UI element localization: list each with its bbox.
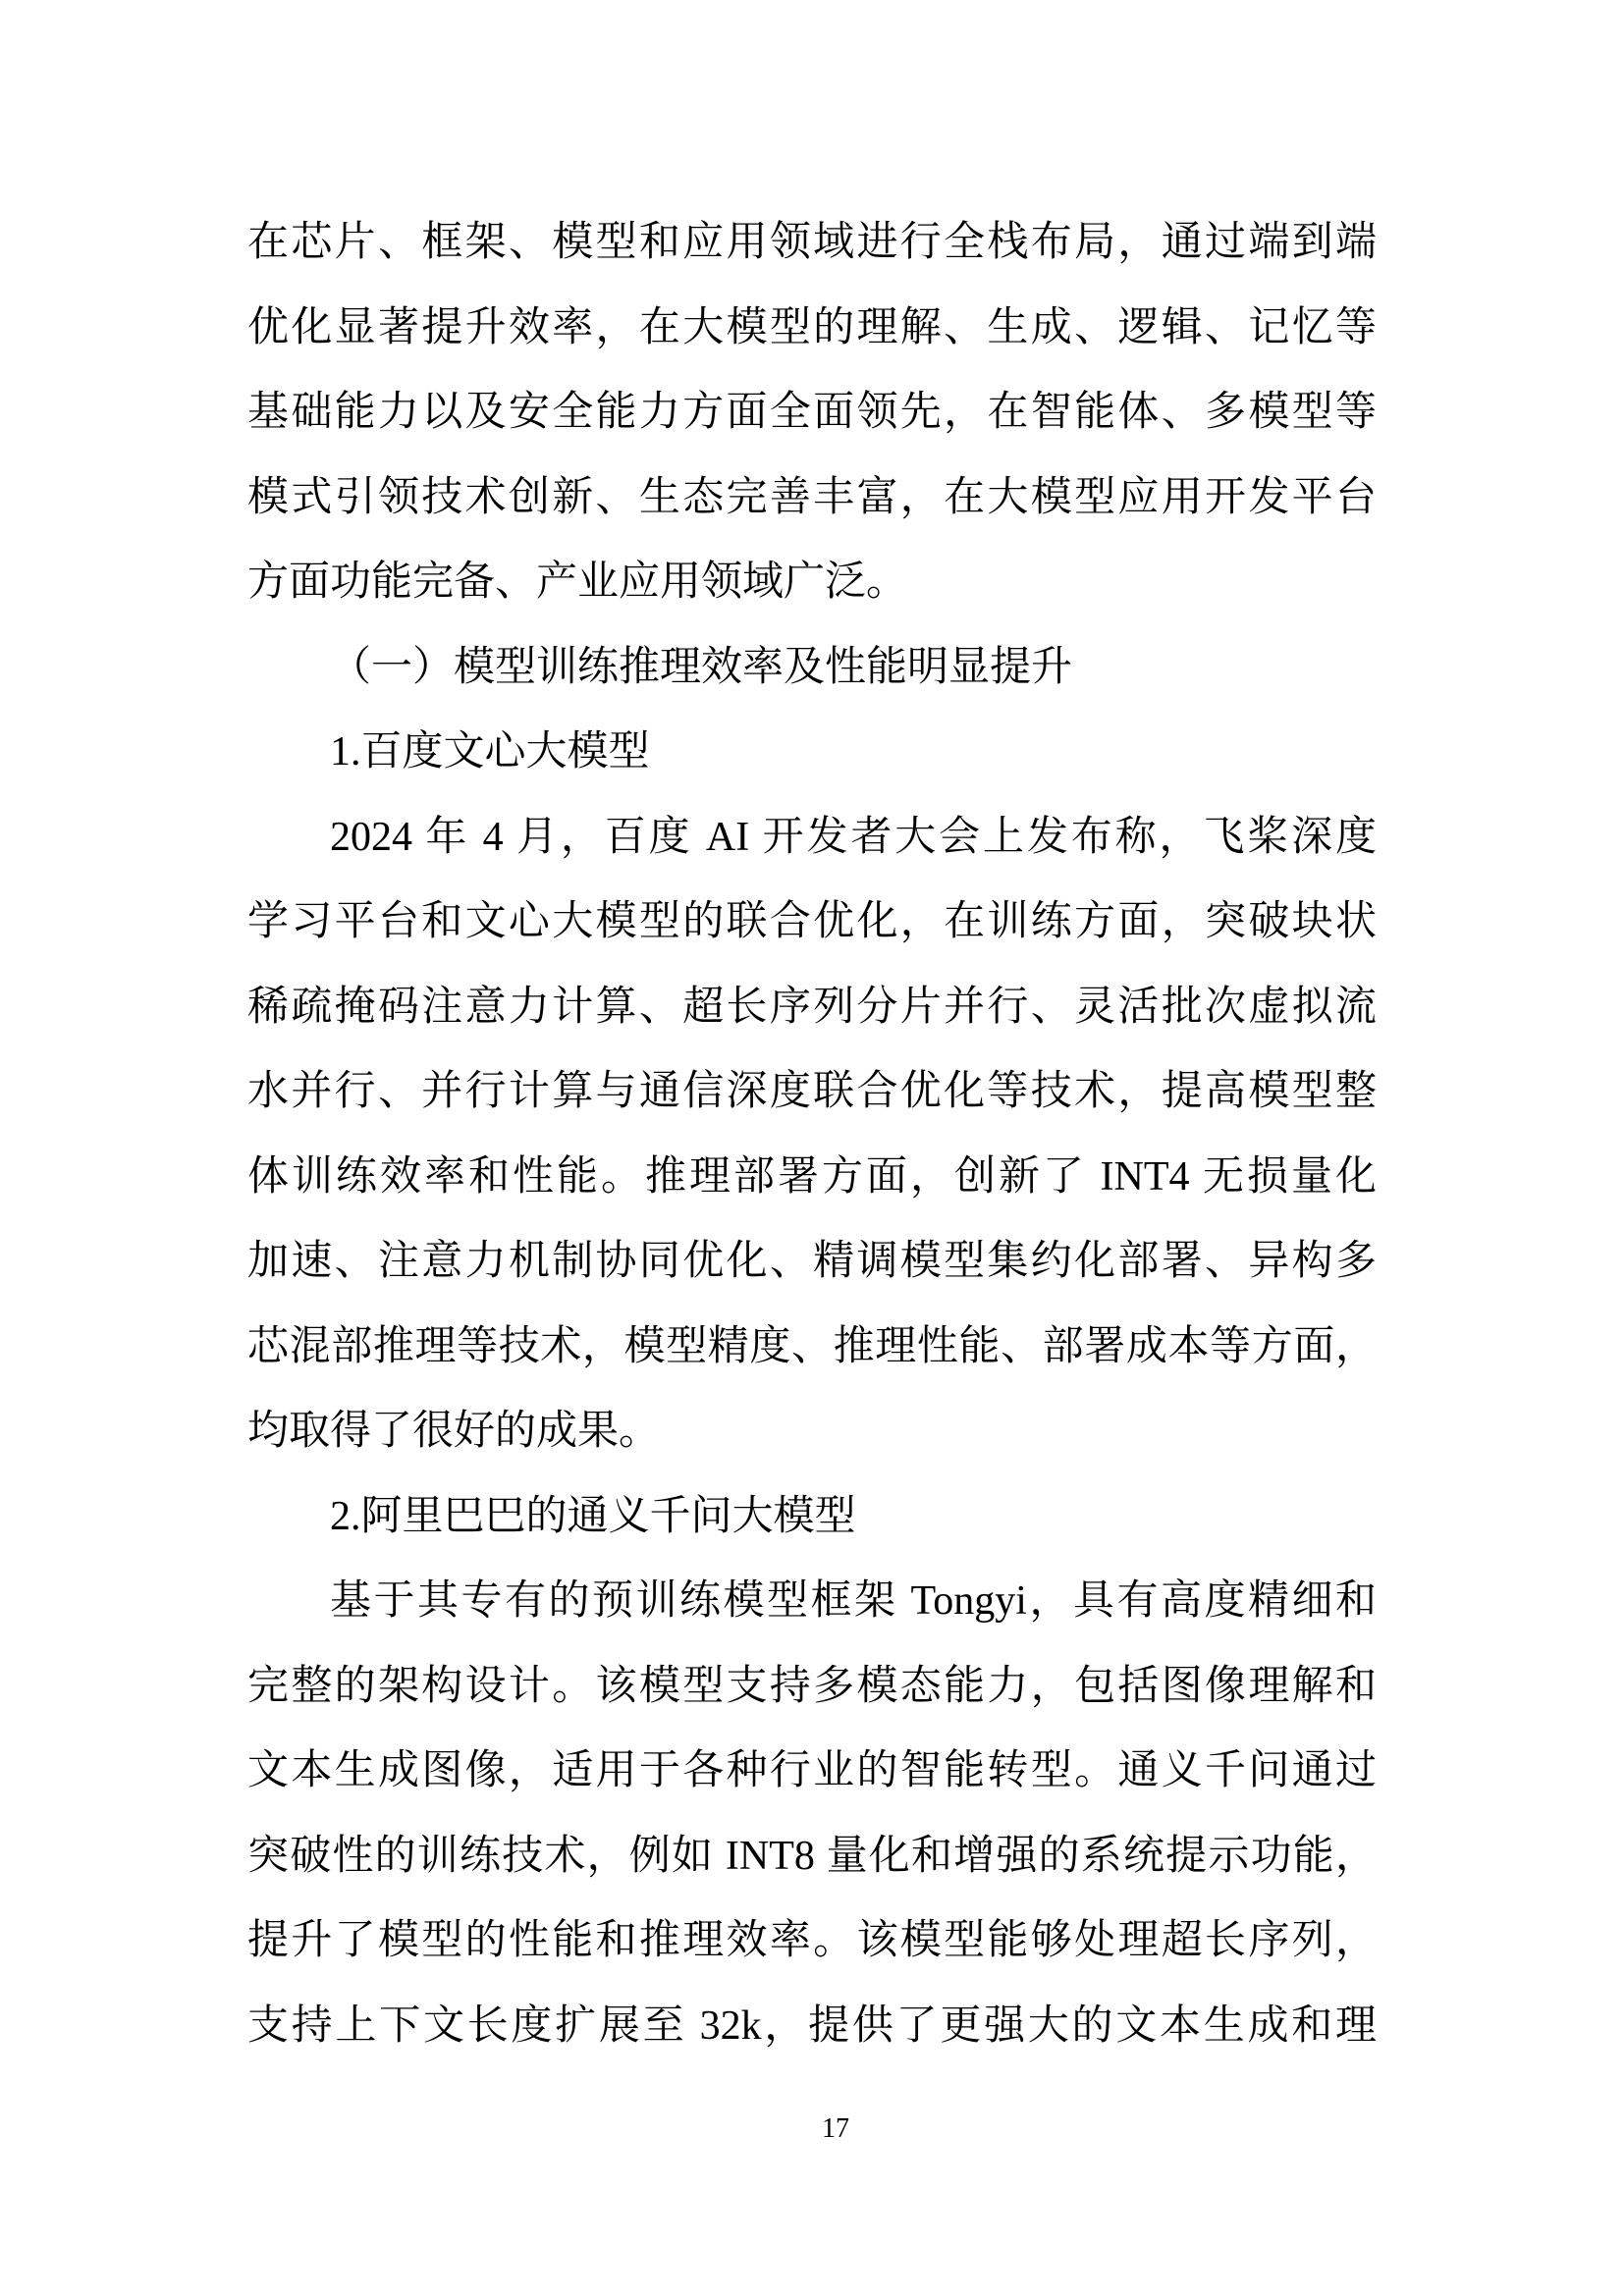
subsection-heading: 2.阿里巴巴的通义千问大模型 bbox=[247, 1474, 1377, 1560]
page-body: 在芯片、框架、模型和应用领域进行全栈布局，通过端到端 优化显著提升效率，在大模型… bbox=[247, 200, 1377, 2068]
text-line: 基于其专有的预训练模型框架 Tongyi，具有高度精细和 bbox=[247, 1559, 1377, 1644]
text-line: 完整的架构设计。该模型支持多模态能力，包括图像理解和 bbox=[247, 1644, 1377, 1730]
text-line: 2024 年 4 月，百度 AI 开发者大会上发布称，飞桨深度 bbox=[247, 795, 1377, 881]
text-line: 稀疏掩码注意力计算、超长序列分片并行、灵活批次虚拟流 bbox=[247, 965, 1377, 1050]
page-number: 17 bbox=[24, 2114, 1624, 2144]
text-line: 芯混部推理等技术，模型精度、推理性能、部署成本等方面， bbox=[247, 1305, 1377, 1390]
text-line: 突破性的训练技术，例如 INT8 量化和增强的系统提示功能， bbox=[247, 1814, 1377, 1899]
text-line: 水并行、并行计算与通信深度联合优化等技术，提高模型整 bbox=[247, 1049, 1377, 1135]
text-line: 方面功能完备、产业应用领域广泛。 bbox=[247, 540, 1377, 625]
subsection-heading: 1.百度文心大模型 bbox=[247, 710, 1377, 795]
text-line: 均取得了很好的成果。 bbox=[247, 1389, 1377, 1474]
text-line: 模式引领技术创新、生态完善丰富，在大模型应用开发平台 bbox=[247, 455, 1377, 541]
text-line: 支持上下文长度扩展至 32k，提供了更强大的文本生成和理 bbox=[247, 1984, 1377, 2069]
document-page: 在芯片、框架、模型和应用领域进行全栈布局，通过端到端 优化显著提升效率，在大模型… bbox=[0, 0, 1624, 2296]
text-line: 学习平台和文心大模型的联合优化，在训练方面，突破块状 bbox=[247, 880, 1377, 965]
text-line: 提升了模型的性能和推理效率。该模型能够处理超长序列， bbox=[247, 1898, 1377, 1984]
text-line: 优化显著提升效率，在大模型的理解、生成、逻辑、记忆等 bbox=[247, 286, 1377, 371]
text-line: 加速、注意力机制协同优化、精调模型集约化部署、异构多 bbox=[247, 1219, 1377, 1305]
section-heading: （一）模型训练推理效率及性能明显提升 bbox=[247, 625, 1377, 711]
text-line: 基础能力以及安全能力方面全面领先，在智能体、多模型等 bbox=[247, 370, 1377, 455]
text-line: 在芯片、框架、模型和应用领域进行全栈布局，通过端到端 bbox=[247, 200, 1377, 286]
text-line: 体训练效率和性能。推理部署方面，创新了 INT4 无损量化 bbox=[247, 1135, 1377, 1220]
text-line: 文本生成图像，适用于各种行业的智能转型。通义千问通过 bbox=[247, 1729, 1377, 1814]
